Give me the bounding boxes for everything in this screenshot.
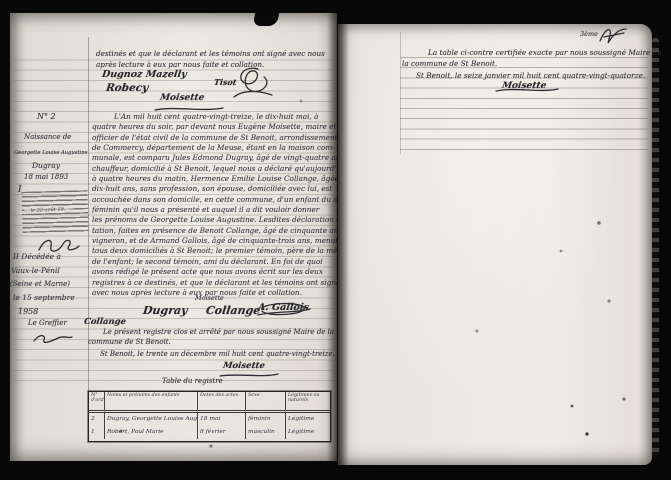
- paraph-flourish-icon: [228, 63, 276, 103]
- table-cell: Légitime: [286, 426, 330, 439]
- table-cell: Robert, Paul Marie: [105, 426, 198, 439]
- table-cell: 2: [89, 413, 105, 426]
- act-line: à quatre heures du matin, Hermence Emili…: [92, 174, 337, 184]
- marriage-mention-stamp: … le 22 août 19.. …: [21, 190, 88, 234]
- closing-signature-moisette: Moisette: [222, 361, 265, 371]
- certification-line: La table ci-contre certifiée exacte par …: [428, 48, 662, 57]
- act-line: accouchée dans son domicile, en cette co…: [92, 195, 337, 205]
- margin-surname: Dugray: [32, 161, 60, 170]
- margin-act-date: 18 mai 1893: [24, 173, 68, 181]
- corner-paraph-icon: [596, 25, 630, 45]
- table-header-names: Noms et prénoms des enfants: [105, 392, 198, 413]
- register-right-page: 3ème La table ci-contre certifiée exacte…: [338, 24, 652, 465]
- greffier-signature-icon: [32, 331, 74, 345]
- act-number: N° 2: [37, 112, 56, 121]
- signature-moisette-prev: Moisette: [159, 93, 205, 103]
- marginal-mention-2-line: II Décédée à: [13, 252, 61, 261]
- birth-act-text: L'An mil huit cent quatre-vingt-treize, …: [92, 112, 337, 298]
- table-cell: féminin: [246, 413, 286, 426]
- signature-collange-second: Collange: [83, 317, 126, 327]
- marginal-mention-2-line: Vaux-le-Pénil: [11, 266, 60, 275]
- previous-act-line: destinés et que le déclarant et les témo…: [96, 49, 325, 58]
- archive-scan-viewport: destinés et que le déclarant et les témo…: [0, 0, 671, 480]
- act-line: munale, est comparu Jules Edmond Dugray,…: [92, 153, 337, 163]
- table-cell: masculin: [246, 426, 286, 439]
- act-line: officier de l'état civil de la commune d…: [92, 133, 337, 143]
- closing-line: Le présent registre clos et arrêté par n…: [103, 328, 334, 336]
- signature-robecy: Robecy: [105, 82, 149, 94]
- signature-annotation-moisette: Moisette: [195, 294, 224, 302]
- act-line: féminin qu'il nous a présenté et auquel …: [92, 205, 337, 215]
- table-header-num: N° d'ordre: [89, 392, 105, 413]
- certification-line: St Benoit, le seize janvier mil huit cen…: [416, 71, 645, 80]
- table-cell: 18 mai: [198, 413, 246, 426]
- act-line: de Commercy, département de la Meuse, ét…: [92, 143, 337, 153]
- register-summary-table: N° d'ordre Noms et prénoms des enfants D…: [88, 391, 331, 442]
- page-edges-strip: [652, 38, 659, 458]
- marginal-mention-2-line: le 15 septembre: [13, 293, 75, 302]
- act-line: tation, faites en présence de Benoit Col…: [92, 226, 337, 236]
- act-line: registres à ce destinés, et que le décla…: [92, 278, 337, 288]
- table-header-status: Légitimes ou naturels: [286, 392, 330, 413]
- signature-dugray: Dugray: [142, 304, 188, 317]
- table-cell: 8 février: [198, 426, 246, 439]
- greffier-label: Le Greffier: [28, 319, 67, 327]
- table-header-dates: Dates des actes: [198, 392, 246, 413]
- act-line: dix-huit ans, sans profession, son épous…: [92, 184, 337, 194]
- act-line: de l'enfant; le second témoin, ami du dé…: [92, 257, 337, 267]
- table-cell: 1: [89, 426, 105, 439]
- certification-line: la commune de St Benoit.: [402, 59, 497, 68]
- signature-strike-flourish-icon: [494, 86, 560, 94]
- act-line: L'An mil huit cent quatre-vingt-treize, …: [92, 112, 337, 122]
- table-header-sex: Sexe: [246, 392, 286, 413]
- paper-specks: [0, 0, 2, 2]
- act-line: avons rédigé le présent acte que nous av…: [92, 267, 337, 277]
- register-left-page: destinés et que le déclarant et les témo…: [10, 13, 337, 461]
- right-margin-rule-line: [400, 32, 401, 154]
- signature-collange: Collange: [205, 304, 261, 317]
- signature-dugnoz-mazelly: Dugnoz Mazelly: [101, 69, 187, 80]
- stamp-handwritten-fragment: … le 22 août 19.. …: [24, 206, 74, 214]
- book-gutter-shadow: [327, 13, 349, 465]
- act-line: quatre heures du soir, par devant nous E…: [92, 122, 337, 132]
- act-line: tous deux domiciliés à St Benoit; le pre…: [92, 246, 337, 256]
- table-cell: Légitime: [286, 413, 330, 426]
- act-line: les prénoms de Georgette Louise Augustin…: [92, 215, 337, 225]
- margin-child-name: Georgette Louise Augustine: [14, 150, 88, 156]
- marginal-mention-2-line: (Seine et Marne): [10, 280, 70, 288]
- signature-underline-flourish-icon: [218, 372, 280, 379]
- table-cell: Dugray, Georgette Louise Augustine: [105, 413, 198, 426]
- act-line: chauffeur, domicilié à St Benoit, lequel…: [92, 164, 337, 174]
- table-title: Table du registre: [162, 377, 223, 385]
- marginal-mention-2-line: 1958: [18, 307, 38, 316]
- closing-line: commune de St Benoit.: [88, 338, 171, 346]
- gallois-flourish-icon: [254, 300, 312, 318]
- act-line: vigneron, et de Armand Gallois, âgé de c…: [92, 236, 337, 246]
- margin-act-title: Naissance de: [24, 133, 71, 141]
- closing-line: St Benoit, le trente un décembre mil hui…: [100, 350, 335, 358]
